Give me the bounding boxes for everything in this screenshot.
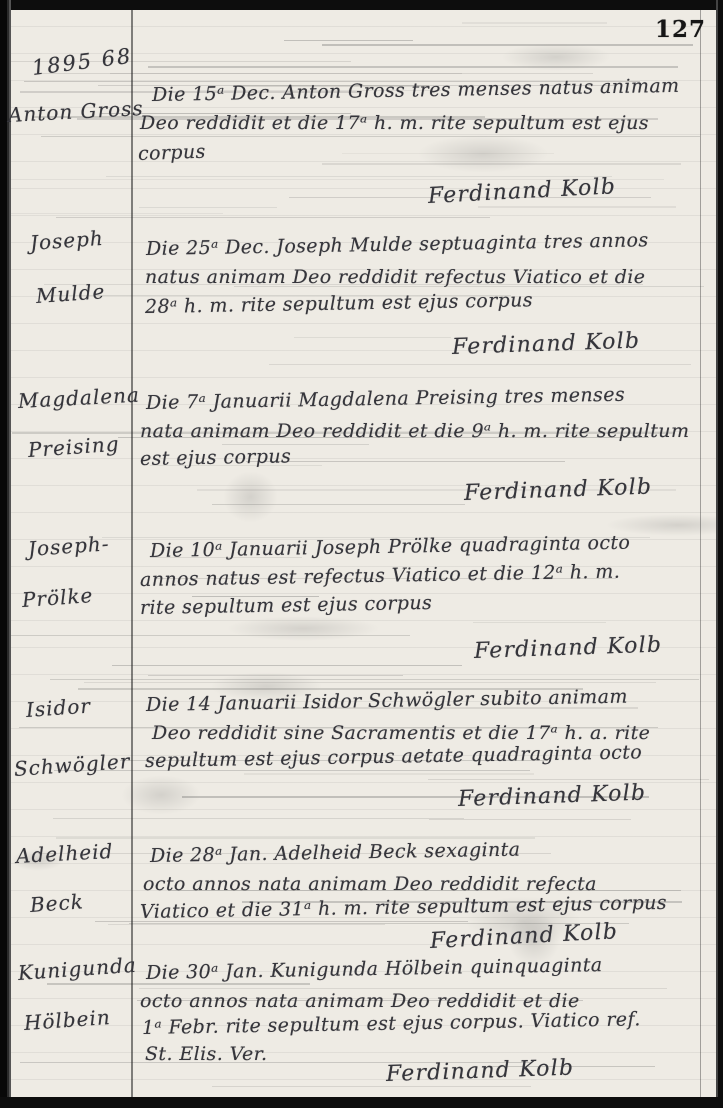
margin-name: Preising <box>27 432 120 462</box>
entry-line: octo annos nata animam Deo reddidit et d… <box>140 990 580 1012</box>
page-number: 127 <box>655 16 706 43</box>
margin-name: Joseph- <box>27 531 110 561</box>
margin-name: Anton Gross <box>7 96 144 127</box>
entry-line: St. Elis. Ver. <box>145 1043 267 1065</box>
margin-name: Isidor <box>25 693 91 721</box>
signature: Ferdinand Kolb <box>386 1055 575 1087</box>
signature: Ferdinand Kolb <box>464 474 653 506</box>
entry-line: Die 30ᵃ Jan. Kunigunda Hölbein quinquagi… <box>146 954 603 984</box>
entry-line: est ejus corpus <box>140 445 292 470</box>
entry-line: Deo reddidit sine Sacramentis et die 17ᵃ… <box>152 722 650 744</box>
signature: Ferdinand Kolb <box>452 328 641 360</box>
entry-line: sepultum est ejus corpus aetate quadragi… <box>145 741 642 772</box>
signature: Ferdinand Kolb <box>474 632 663 664</box>
margin-name: Beck <box>29 889 84 917</box>
entry-line: Die 15ᵃ Dec. Anton Gross tres menses nat… <box>152 75 680 106</box>
scan-edge-bottom <box>0 1097 723 1108</box>
entry-line: Viatico et die 31ᵃ h. m. rite sepultum e… <box>140 892 667 923</box>
entry-line: Die 28ᵃ Jan. Adelheid Beck sexaginta <box>150 839 521 867</box>
entry-line: 1ᵃ Febr. rite sepultum est ejus corpus. … <box>142 1008 641 1039</box>
margin-name: Mulde <box>35 279 106 308</box>
scan-edge-top <box>0 0 723 10</box>
entry-line: 28ᵃ h. m. rite sepultum est ejus corpus <box>145 289 533 318</box>
entry-line: nata animam Deo reddidit et die 9ᵃ h. m.… <box>140 420 689 442</box>
margin-name: Schwögler <box>13 749 131 781</box>
entry-line: corpus <box>138 141 206 165</box>
right-margin-rule <box>700 10 701 1097</box>
signature: Ferdinand Kolb <box>427 174 616 209</box>
margin-name: Joseph <box>29 226 104 255</box>
entry-line: Die 7ᵃ Januarii Magdalena Preising tres … <box>146 384 625 414</box>
entry-line: Die 10ᵃ Januarii Joseph Prölke quadragin… <box>150 532 631 562</box>
entry-line: natus animam Deo reddidit refectus Viati… <box>145 266 645 288</box>
signature: Ferdinand Kolb <box>458 780 647 812</box>
entry-line: Deo reddidit et die 17ᵃ h. m. rite sepul… <box>140 112 649 134</box>
margin-name: Hölbein <box>23 1005 111 1035</box>
entry-line: Die 25ᵃ Dec. Joseph Mulde septuaginta tr… <box>146 229 649 260</box>
year-header: 1895 68 <box>31 44 134 80</box>
entry-line: octo annos nata animam Deo reddidit refe… <box>143 873 597 895</box>
scan-edge-left <box>0 0 11 1108</box>
margin-name: Adelheid <box>15 839 114 868</box>
entry-line: Die 14 Januarii Isidor Schwögler subito … <box>146 686 628 716</box>
margin-name: Prölke <box>21 583 94 612</box>
signature: Ferdinand Kolb <box>429 919 618 954</box>
entry-line: rite sepultum est ejus corpus <box>140 592 433 619</box>
margin-name: Magdalena <box>17 383 140 413</box>
margin-name: Kunigunda <box>17 953 137 985</box>
margin-column-rule <box>131 10 133 1097</box>
scan-edge-right <box>716 0 723 1108</box>
entry-line: annos natus est refectus Viatico et die … <box>140 561 621 591</box>
